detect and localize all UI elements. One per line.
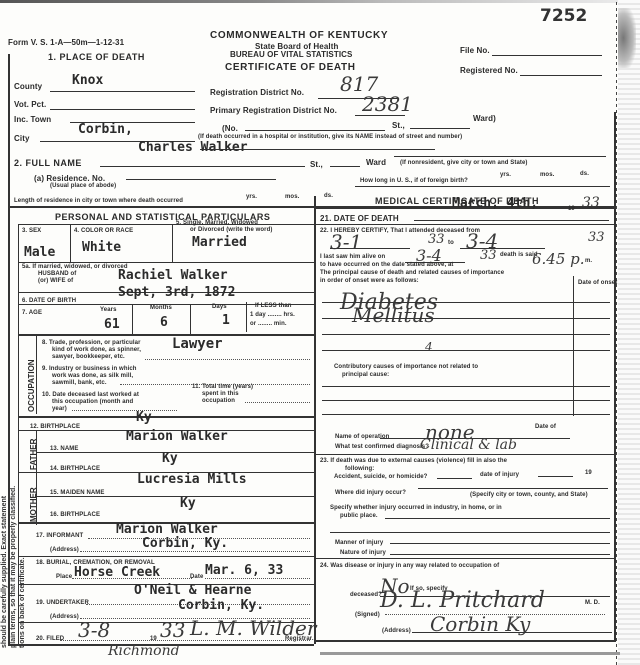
attended-to-line bbox=[460, 248, 545, 249]
filed-note-below: Richmond bbox=[108, 643, 180, 659]
filed-label: 20. FILED bbox=[36, 636, 64, 642]
informant-address-label: (Address) bbox=[50, 547, 79, 553]
registered-no-line bbox=[520, 75, 602, 76]
how-long-mos: mos. bbox=[540, 172, 554, 178]
principal-label-1: The principal cause of death and related… bbox=[320, 270, 504, 276]
full-name-st-label: St., bbox=[310, 160, 323, 169]
attended-from-line bbox=[330, 248, 410, 249]
contributory-line-1 bbox=[322, 386, 610, 387]
age-divider-3 bbox=[246, 302, 247, 332]
file-no-label: File No. bbox=[460, 46, 490, 55]
where-injury-label: Where did injury occur? bbox=[335, 490, 406, 496]
full-name-ward-line bbox=[330, 166, 360, 167]
accident-label: Accident, suicide, or homicide? bbox=[334, 474, 427, 480]
where-injury-note: (Specify city or town, county, and State… bbox=[470, 492, 588, 498]
nonresident-note: (If nonresident, give city or town and S… bbox=[400, 160, 528, 166]
county-value: Knox bbox=[72, 73, 103, 88]
age-days-value: 1 bbox=[222, 313, 230, 328]
residence-label: (a) Residence. No. bbox=[34, 174, 105, 183]
length-yrs: yrs. bbox=[246, 194, 257, 200]
full-name-top-line bbox=[200, 149, 435, 150]
spouse-label-2: HUSBAND of bbox=[38, 271, 76, 277]
margin-instructions: should be carefully supplied. Exact stat… bbox=[0, 486, 27, 648]
street-st-label: St., bbox=[392, 121, 405, 130]
cause-line-2 bbox=[322, 318, 610, 319]
physician-address-line bbox=[412, 632, 612, 633]
scan-shadow-bottom bbox=[320, 652, 620, 655]
date-injury-label: date of injury bbox=[480, 472, 519, 478]
how-long-line bbox=[355, 186, 610, 187]
form-border-bottom-right bbox=[314, 640, 614, 642]
operation-label: Name of operation bbox=[335, 434, 389, 440]
trade-value: Lawyer bbox=[172, 336, 223, 352]
burial-place-label: Place bbox=[56, 574, 72, 580]
age-days-label: Days bbox=[212, 304, 227, 310]
row-line-age bbox=[18, 334, 314, 336]
trade-line bbox=[145, 359, 310, 360]
primary-district-label: Primary Registration District No. bbox=[210, 106, 337, 115]
informant-value: Marion Walker bbox=[116, 522, 218, 537]
nature-line bbox=[390, 554, 610, 555]
mother-maiden-value: Lucresia Mills bbox=[137, 472, 247, 487]
residence-sub: (Usual place of abode) bbox=[50, 183, 116, 189]
sex-divider bbox=[70, 224, 71, 262]
city-label: City bbox=[14, 134, 30, 143]
row-line-informant bbox=[18, 556, 314, 557]
residence-line bbox=[126, 179, 276, 180]
vot-pct-label: Vot. Pct. bbox=[14, 100, 46, 109]
age-divider-2 bbox=[190, 304, 191, 334]
total-time-label-3: occupation bbox=[202, 398, 235, 404]
sex-label: 3. SEX bbox=[22, 228, 41, 234]
burial-date-value: Mar. 6, 33 bbox=[205, 563, 283, 578]
street-st-line bbox=[410, 128, 470, 129]
burial-date-line bbox=[205, 578, 310, 579]
occupation-related-label: 24. Was disease or injury in any way rel… bbox=[320, 563, 499, 569]
attended-to-year: 33 bbox=[588, 230, 605, 245]
informant-address-value: Corbin, Ky. bbox=[142, 536, 228, 551]
attended-from-year: 33 bbox=[428, 232, 445, 247]
manner-label: Manner of injury bbox=[335, 540, 383, 546]
date-of-death-label: 21. DATE OF DEATH bbox=[320, 214, 399, 223]
signed-label: (Signed) bbox=[355, 612, 380, 618]
dob-value: Sept, 3rd, 1872 bbox=[118, 285, 235, 300]
registrar-label: Registrar. bbox=[285, 636, 314, 642]
physician-signature: D. L. Pritchard bbox=[380, 588, 545, 613]
test-label: What test confirmed diagnosis? bbox=[335, 444, 429, 450]
father-side-label: FATHER bbox=[29, 439, 38, 470]
date-onset-label: Date of onset bbox=[578, 280, 617, 286]
operation-date-label: Date of bbox=[535, 424, 556, 430]
city-value: Corbin, bbox=[78, 122, 133, 137]
county-line bbox=[50, 91, 195, 92]
sex-value: Male bbox=[24, 245, 55, 260]
form-id: Form V. S. 1-A—50m—1-12-31 bbox=[8, 38, 124, 47]
trade-label-3: sawyer, bookkeeper, etc. bbox=[52, 354, 125, 360]
total-time-line bbox=[245, 402, 310, 403]
last-saw-year: 33 bbox=[480, 248, 497, 263]
age-months-label: Months bbox=[150, 305, 172, 311]
attended-to-label: to bbox=[448, 240, 454, 246]
father-birthplace-value: Ky bbox=[162, 451, 178, 466]
occupation-side-label: OCCUPATION bbox=[27, 359, 36, 412]
certificate-number: 7252 bbox=[540, 6, 587, 26]
full-name-ward-label: Ward bbox=[366, 158, 386, 167]
less-than-label-1: If LESS than bbox=[255, 303, 292, 309]
principal-cause-note: 4 bbox=[425, 340, 433, 354]
undertaker-label: 19. UNDERTAKER bbox=[36, 600, 89, 606]
attended-from-value: 3-1 bbox=[330, 230, 362, 254]
marital-label-1: 5. Single, Married, Widowed bbox=[176, 220, 258, 226]
county-label: County bbox=[14, 82, 42, 91]
external-label-2: following: bbox=[345, 466, 374, 472]
specify-label-2: public place. bbox=[340, 513, 378, 519]
age-label: 7. AGE bbox=[22, 310, 42, 316]
margin-line-3: tions on back of certificate. bbox=[18, 486, 27, 648]
full-name-line bbox=[100, 166, 305, 167]
age-years-value: 61 bbox=[104, 317, 120, 332]
color-value: White bbox=[82, 240, 121, 255]
column-divider bbox=[314, 196, 316, 644]
informant-address-line bbox=[80, 551, 310, 552]
full-name-value: Charles Walker bbox=[138, 140, 248, 155]
date-of-death-year-prefix: 19 bbox=[568, 206, 575, 212]
scan-edge-right bbox=[618, 0, 640, 665]
less-than-label-2: 1 day ........ hrs. bbox=[250, 312, 295, 318]
industry-label-2: work was done, as silk mill, bbox=[52, 373, 133, 379]
date-injury-year: 19 bbox=[585, 470, 592, 476]
age-divider-1 bbox=[132, 304, 133, 334]
registration-district-label: Registration District No. bbox=[210, 88, 304, 97]
age-months-value: 6 bbox=[160, 315, 168, 330]
primary-district-value: 2381 bbox=[362, 92, 413, 116]
burial-place-line bbox=[72, 578, 192, 579]
row-line-date-of-death bbox=[316, 224, 614, 225]
street-no-label: (No. bbox=[222, 124, 238, 133]
filed-date-value: 3-8 bbox=[78, 618, 110, 642]
row-line-sex bbox=[18, 262, 314, 263]
mother-side-label: MOTHER bbox=[29, 487, 38, 522]
manner-line bbox=[390, 543, 610, 544]
filed-year-value: 33 bbox=[160, 618, 185, 642]
spouse-label-1: 5a. If married, widowed, or divorced bbox=[22, 264, 128, 270]
color-divider bbox=[172, 224, 173, 262]
principal-label-2: in order of onset were as follows: bbox=[320, 278, 419, 284]
contributory-label-1: Contributory causes of importance not re… bbox=[334, 364, 478, 370]
last-worked-label-1: 10. Date deceased last worked at bbox=[42, 392, 139, 398]
trade-label-2: kind of work done, as spinner, bbox=[52, 347, 141, 353]
length-mos: mos. bbox=[285, 194, 299, 200]
specify-line bbox=[385, 518, 610, 519]
physician-address-label: (Address) bbox=[382, 628, 411, 634]
margin-line-2: plain terms, so that it may be properly … bbox=[9, 486, 18, 648]
undertaker-address-label: (Address) bbox=[50, 614, 79, 620]
header-commonwealth: COMMONWEALTH OF KENTUCKY bbox=[210, 30, 388, 41]
spouse-value: Rachiel Walker bbox=[118, 268, 228, 283]
header-certificate: CERTIFICATE OF DEATH bbox=[225, 62, 356, 73]
cause-line-3 bbox=[322, 334, 610, 335]
full-name-label: 2. FULL NAME bbox=[14, 158, 82, 168]
date-of-death-year: 33 bbox=[582, 195, 600, 211]
time-value: 6.45 p. bbox=[532, 250, 585, 268]
external-label-1: 23. If death was due to external causes … bbox=[320, 458, 507, 464]
principal-cause-line2: Mellitus bbox=[352, 303, 435, 327]
place-of-death-heading: 1. PLACE OF DEATH bbox=[48, 52, 145, 62]
signed-suffix: M. D. bbox=[585, 600, 600, 606]
row-line-occupation bbox=[18, 416, 314, 418]
how-long-yrs: yrs. bbox=[500, 172, 511, 178]
row-line-mother-maiden bbox=[36, 496, 314, 497]
occupation-side-border bbox=[36, 334, 37, 414]
mother-birthplace-value: Ky bbox=[180, 496, 196, 511]
last-worked-label-3: year) bbox=[52, 406, 67, 412]
date-onset-column-border bbox=[573, 276, 574, 416]
personal-heading-line bbox=[18, 224, 314, 225]
contributory-label-2: principal cause: bbox=[342, 372, 389, 378]
how-long-label: How long in U. S., if of foreign birth? bbox=[360, 178, 468, 184]
last-worked-label-2: this occupation (month and bbox=[52, 399, 133, 405]
deceased-label: deceased? bbox=[350, 592, 382, 598]
industry-label-1: 9. Industry or business in which bbox=[42, 366, 137, 372]
scan-smudge bbox=[618, 8, 636, 68]
undertaker-value: O'Neil & Hearne bbox=[134, 583, 251, 598]
vot-pct-line bbox=[50, 109, 195, 110]
time-suffix: m. bbox=[585, 258, 592, 264]
accident-line bbox=[437, 478, 472, 479]
occurred-label: to have occurred on the date stated abov… bbox=[320, 262, 454, 268]
scan-edge-top bbox=[0, 0, 640, 3]
burial-date-label: Date bbox=[190, 574, 203, 580]
total-time-label-1: 11. Total time (years) bbox=[192, 384, 253, 390]
trade-label-1: 8. Trade, profession, or particular bbox=[42, 340, 141, 346]
fold-line bbox=[616, 0, 617, 665]
spouse-label-3: (or) WIFE of bbox=[38, 278, 73, 284]
how-long-ds: ds. bbox=[580, 171, 589, 177]
row-line-operation bbox=[316, 454, 614, 455]
mother-birthplace-label: 16. BIRTHPLACE bbox=[50, 512, 100, 518]
contributory-line-3 bbox=[322, 414, 610, 415]
nature-label: Nature of injury bbox=[340, 550, 386, 556]
street-no-line bbox=[245, 130, 385, 131]
last-saw-label: I last saw him alive on bbox=[320, 254, 385, 260]
last-worked-line bbox=[72, 410, 177, 411]
date-of-death-value: March, 4th, bbox=[452, 196, 538, 211]
total-time-label-2: spent in this bbox=[202, 391, 239, 397]
ward-value-line bbox=[394, 156, 606, 157]
test-value: Clinical & lab bbox=[420, 437, 517, 453]
father-name-value: Marion Walker bbox=[126, 429, 228, 444]
specify-line-2 bbox=[330, 532, 610, 533]
industry-label-3: sawmill, bank, etc. bbox=[52, 380, 107, 386]
filed-line bbox=[60, 640, 310, 641]
ward-label: Ward) bbox=[473, 114, 496, 123]
death-certificate: 7252 Form V. S. 1-A—50m—1-12-31 1. PLACE… bbox=[0, 0, 640, 665]
inc-town-label: Inc. Town bbox=[14, 115, 51, 124]
file-no-line bbox=[492, 55, 602, 56]
undertaker-address-value: Corbin, Ky. bbox=[178, 598, 264, 613]
age-years-label: Years bbox=[100, 307, 117, 313]
filed-year-prefix: 19 bbox=[150, 636, 157, 642]
marital-value: Married bbox=[192, 235, 247, 250]
color-label: 4. COLOR OR RACE bbox=[74, 228, 133, 234]
margin-line-1: should be carefully supplied. Exact stat… bbox=[0, 486, 9, 648]
cause-line-4 bbox=[322, 350, 610, 351]
date-of-death-line bbox=[414, 220, 609, 221]
date-injury-line bbox=[538, 476, 573, 477]
form-border-right bbox=[614, 112, 616, 642]
where-injury-line bbox=[418, 488, 608, 489]
length-residence-label: Length of residence in city or town wher… bbox=[14, 198, 183, 204]
row-line-injury bbox=[316, 558, 614, 559]
informant-label: 17. INFORMANT bbox=[36, 533, 83, 539]
less-than-label-3: or ........ min. bbox=[250, 321, 287, 327]
marital-label-2: or Divorced (write the word) bbox=[190, 227, 272, 233]
header-bureau: BUREAU OF VITAL STATISTICS bbox=[230, 50, 352, 59]
length-ds: ds. bbox=[324, 193, 333, 199]
specify-label-1: Specify whether injury occurred in indus… bbox=[330, 505, 502, 511]
registered-no-label: Registered No. bbox=[460, 66, 518, 75]
birthplace-value: Ky bbox=[136, 410, 152, 425]
contributory-line-2 bbox=[322, 400, 610, 401]
